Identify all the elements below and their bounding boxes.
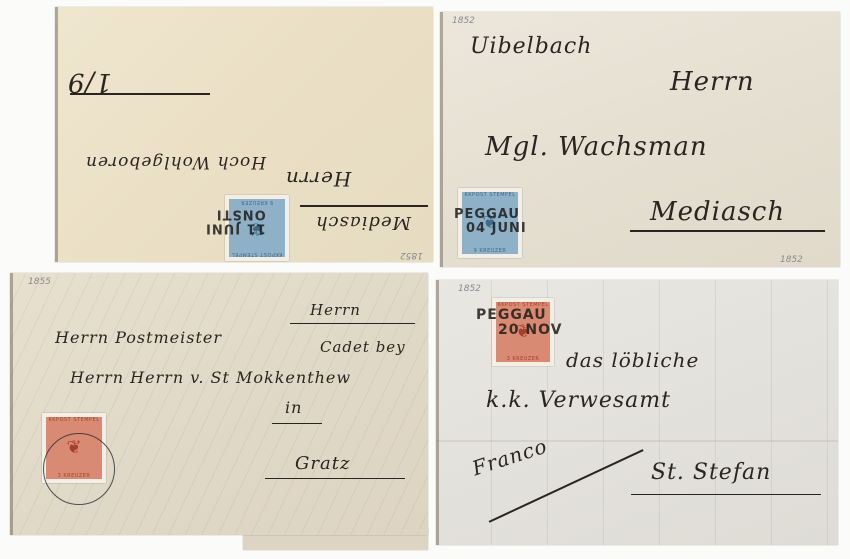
cover-top-left: 1/9 Hoch Wohlgeboren Herrn Mediasch KKPO… [55,7,433,262]
handwriting-line: Hoch Wohlgeboren [85,152,266,172]
postmark-peggau: PEGGAU 20 NOV [476,308,562,337]
underline [265,478,405,479]
handwriting-origin: Uibelbach [470,34,592,59]
handwriting-destination: St. Stefan [651,460,771,485]
underline [631,494,821,495]
cover-top-right: 1852 Uibelbach Herrn Mgl. Wachsman Media… [440,12,840,267]
handwriting-numeral: 1/9 [67,67,112,97]
handwriting-line: Herrn Herrn v. St Mokkenthew [70,368,351,387]
pencil-date-note: 1852 [458,284,481,294]
pencil-date-note: 1852 [780,255,803,265]
postmark-peggau: PEGGAU 04 JUNI [454,208,527,235]
handwriting-destination: Mediasch [650,197,785,227]
pencil-date-note: 1852 [400,250,423,260]
handwriting-line: Mediasch [315,212,411,233]
handwriting-line: Herrn [310,301,361,319]
handwriting-line: Herrn [285,167,351,191]
pencil-date-note: 1852 [452,16,475,26]
underline [272,423,322,424]
handwriting-line: Herrn Postmeister [55,328,222,347]
underline [290,323,415,324]
postmark: 11 JUNI ONSTI [205,207,266,234]
handwriting-line: in [285,398,302,417]
circular-postmark [43,433,115,505]
handwriting-line: das löbliche [566,348,699,372]
pencil-date-note: 1855 [28,277,51,287]
handwriting-destination: Gratz [295,453,350,474]
fold-line [436,440,838,442]
underline [630,230,825,232]
handwriting-salutation: Herrn [670,67,755,97]
handwriting-line: Cadet bey [320,338,406,356]
handwriting-line: k.k. Verwesamt [486,388,671,413]
underline [300,205,428,207]
handwriting-addressee: Mgl. Wachsman [485,132,708,162]
cover-bottom-right: 1852 das löbliche k.k. Verwesamt Franco … [436,280,838,545]
cover-bottom-left: 1855 Herrn Herrn Postmeister Cadet bey H… [10,273,428,535]
